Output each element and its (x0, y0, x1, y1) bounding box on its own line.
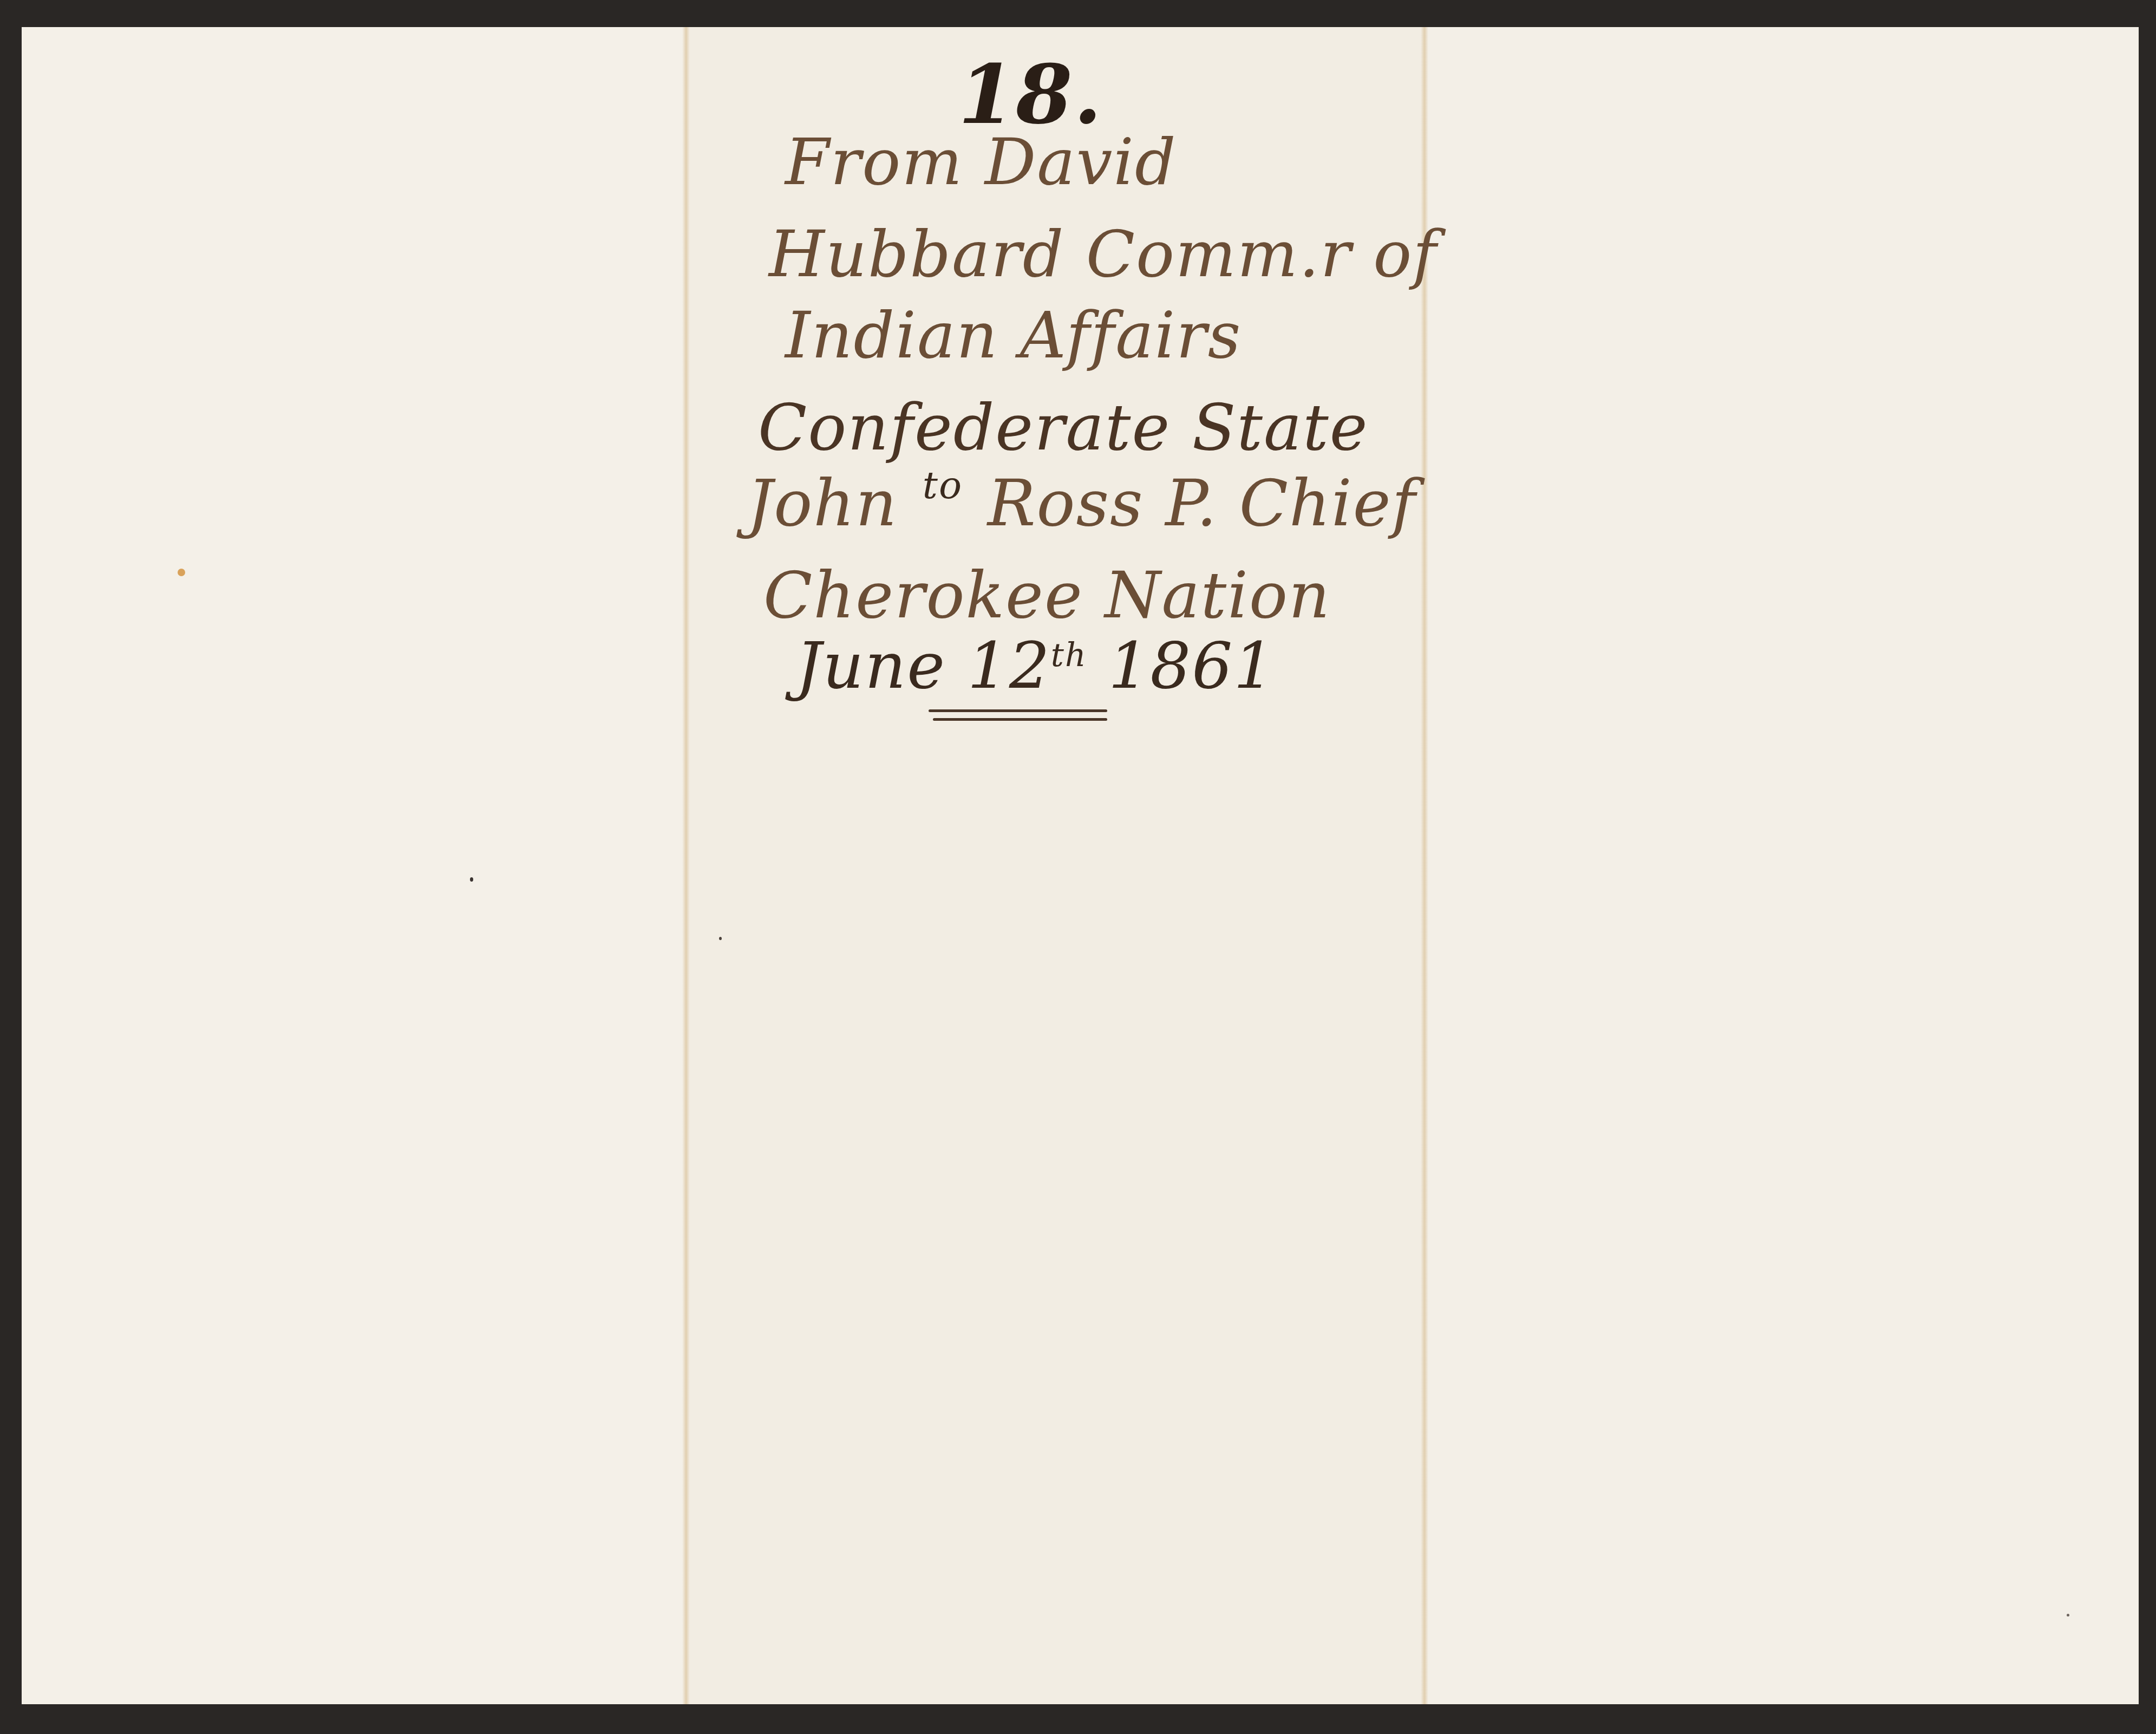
docket-line-office: Indian Affairs (785, 303, 1242, 367)
right-fold-panel (1424, 27, 2139, 1704)
date-month-day: June 12 (796, 628, 1051, 703)
date-year: 1861 (1108, 628, 1275, 703)
docket-number: 18. (958, 54, 1103, 135)
recipient-to-word: to (923, 463, 963, 507)
docket-line-recipient: John to Ross P. Chief (747, 471, 1416, 535)
double-underline-flourish (929, 709, 1107, 723)
date-suffix: th (1051, 636, 1087, 674)
recipient-name-title: Ross P. Chief (988, 466, 1417, 540)
ink-speck (470, 877, 473, 882)
docket-line-title: Hubbard Comm.r of (769, 222, 1438, 286)
fold-crease-left (682, 27, 690, 1704)
ink-speck (2067, 1614, 2069, 1616)
ink-speck (719, 937, 722, 940)
docket-line-government: Confederate State (758, 395, 1369, 459)
docket-line-from: From David (785, 130, 1177, 194)
left-fold-panel (22, 27, 686, 1704)
document-paper: 18. From David Hubbard Comm.r of Indian … (22, 27, 2139, 1704)
docket-date: June 12th 1861 (796, 634, 1275, 697)
recipient-first-name: John (747, 466, 898, 540)
underline-stroke (933, 718, 1107, 721)
underline-stroke (929, 709, 1107, 712)
docket-line-nation: Cherokee Nation (763, 563, 1331, 627)
foxing-spot (178, 569, 185, 576)
